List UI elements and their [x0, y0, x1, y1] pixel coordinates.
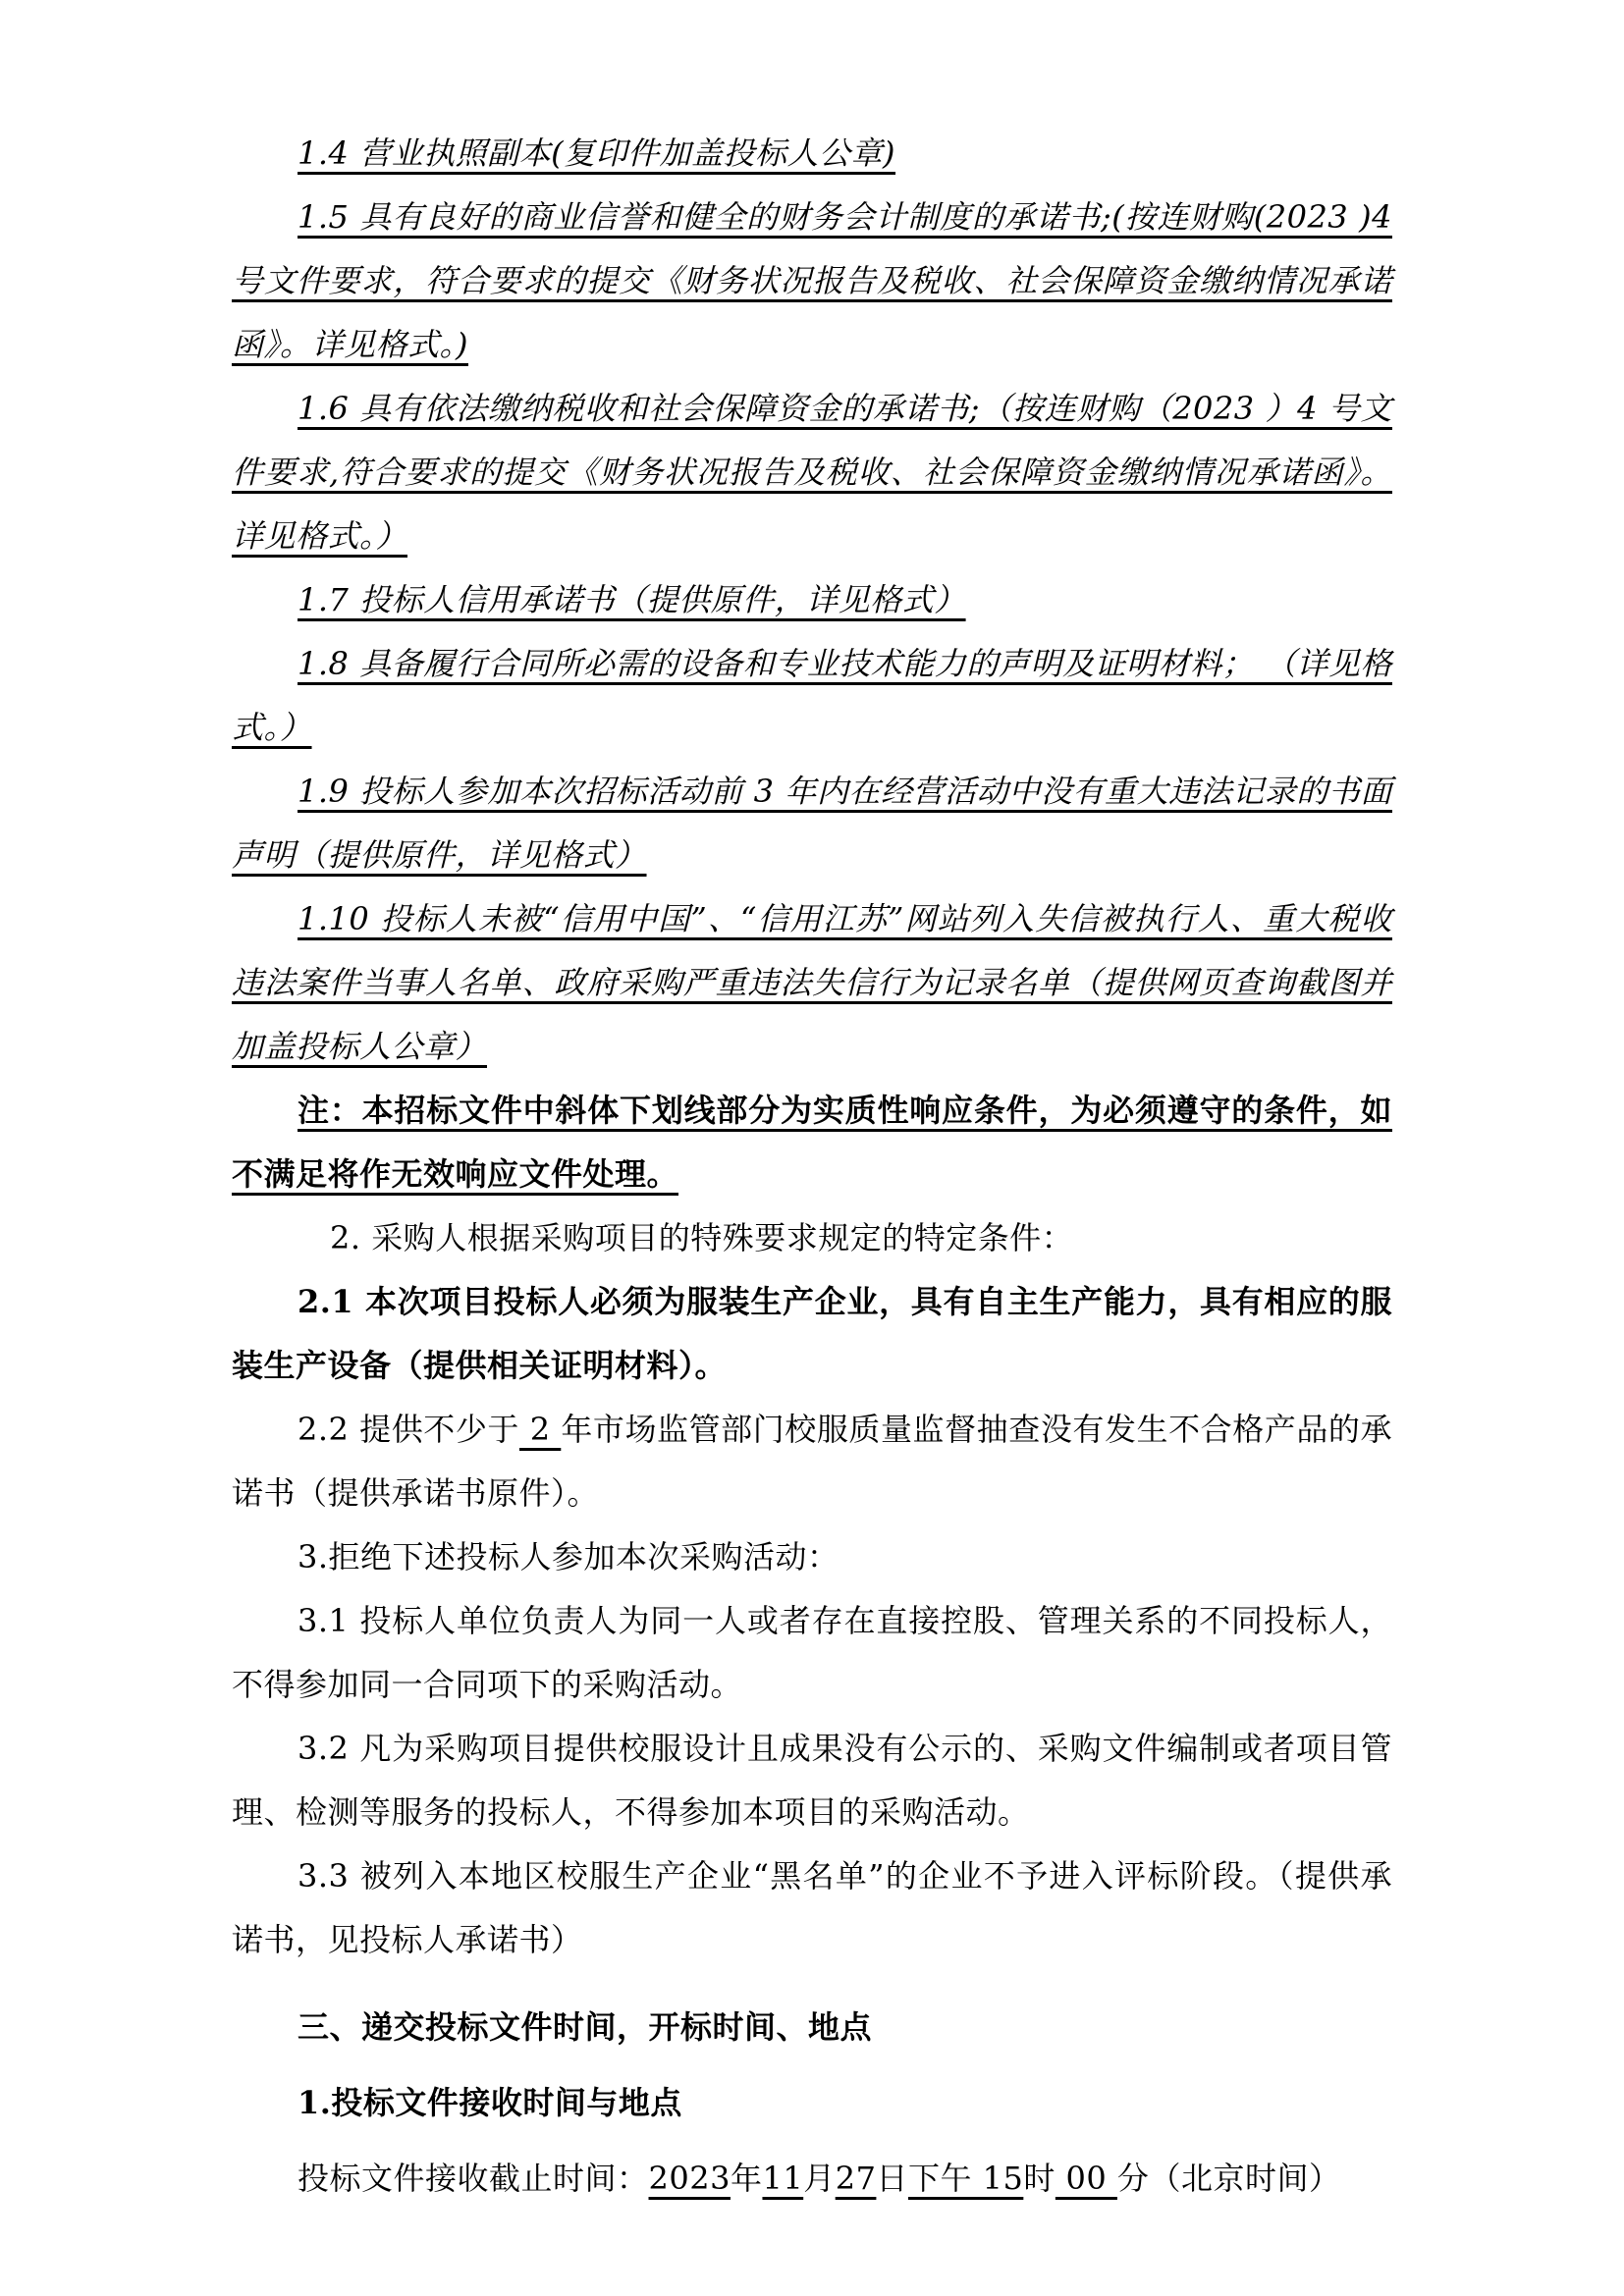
deadline-line: 投标文件接收截止时间：2023年11月27日下午 15时 00 分（北京时间） — [232, 2147, 1392, 2211]
requirement-1-10-text: 1.10 投标人未被“信用中国”、“信用江苏”网站列入失信被执行人、重大税收违法… — [232, 900, 1392, 1065]
deadline-day-unit: 日 — [876, 2160, 908, 2197]
requirement-1-8: 1.8 具备履行合同所必需的设备和专业技术能力的声明及证明材料； （详见格式。） — [232, 632, 1392, 760]
requirement-2-2-prefix: 2.2 提供不少于 — [298, 1411, 519, 1448]
deadline-minute: 00 — [1056, 2160, 1117, 2197]
deadline-year: 2023 — [649, 2160, 731, 2197]
deadline-hour-unit: 时 — [1023, 2160, 1056, 2197]
requirement-2-2: 2.2 提供不少于 2 年市场监管部门校服质量监督抽查没有发生不合格产品的承诺书… — [232, 1398, 1392, 1525]
requirement-1-4-text: 1.4 营业执照副本(复印件加盖投标人公章) — [298, 134, 895, 172]
requirement-1-9-text: 1.9 投标人参加本次招标活动前 3 年内在经营活动中没有重大违法记录的书面声明… — [232, 773, 1392, 874]
requirement-1-7: 1.7 投标人信用承诺书（提供原件，详见格式） — [232, 568, 1392, 632]
substantive-note: 注：本招标文件中斜体下划线部分为实质性响应条件，为必须遵守的条件，如不满足将作无… — [232, 1079, 1392, 1206]
requirement-1-5-text: 1.5 具有良好的商业信誉和健全的财务会计制度的承诺书;(按连财购(2023 )… — [232, 198, 1392, 363]
deadline-hour: 下午 15 — [908, 2160, 1023, 2197]
deadline-month: 11 — [762, 2160, 803, 2197]
requirement-3-1: 3.1 投标人单位负责人为同一人或者存在直接控股、管理关系的不同投标人，不得参加… — [232, 1589, 1392, 1717]
submission-subheading: 1.投标文件接收时间与地点 — [232, 2071, 1392, 2135]
requirement-3-3: 3.3 被列入本地区校服生产企业“黑名单”的企业不予进入评标阶段。（提供承诺书，… — [232, 1844, 1392, 1972]
deadline-day: 27 — [836, 2160, 877, 2197]
requirement-1-10: 1.10 投标人未被“信用中国”、“信用江苏”网站列入失信被执行人、重大税收违法… — [232, 887, 1392, 1079]
requirement-1-9: 1.9 投标人参加本次招标活动前 3 年内在经营活动中没有重大违法记录的书面声明… — [232, 760, 1392, 887]
deadline-minute-unit: 分 — [1117, 2160, 1150, 2197]
chapter-3-heading: 三、递交投标文件时间，开标时间、地点 — [232, 1996, 1392, 2059]
section-2-title: 2. 采购人根据采购项目的特殊要求规定的特定条件： — [232, 1206, 1392, 1270]
requirement-1-8-text: 1.8 具备履行合同所必需的设备和专业技术能力的声明及证明材料； （详见格式。） — [232, 645, 1392, 746]
requirement-1-6: 1.6 具有依法缴纳税收和社会保障资金的承诺书;（按连财购（2023 ）4 号文… — [232, 377, 1392, 568]
deadline-timezone: （北京时间） — [1149, 2160, 1340, 2197]
section-3-title: 3.拒绝下述投标人参加本次采购活动： — [232, 1525, 1392, 1589]
deadline-month-unit: 月 — [803, 2160, 836, 2197]
requirement-2-1: 2.1 本次项目投标人必须为服装生产企业，具有自主生产能力，具有相应的服装生产设… — [232, 1270, 1392, 1398]
requirement-1-5: 1.5 具有良好的商业信誉和健全的财务会计制度的承诺书;(按连财购(2023 )… — [232, 186, 1392, 377]
requirement-3-2: 3.2 凡为采购项目提供校服设计且成果没有公示的、采购文件编制或者项目管理、检测… — [232, 1717, 1392, 1844]
requirement-1-4: 1.4 营业执照副本(复印件加盖投标人公章) — [232, 122, 1392, 186]
deadline-label: 投标文件接收截止时间： — [298, 2160, 649, 2197]
substantive-note-text: 注：本招标文件中斜体下划线部分为实质性响应条件，为必须遵守的条件，如不满足将作无… — [232, 1092, 1392, 1193]
years-field: 2 — [519, 1411, 561, 1448]
document-page: 1.4 营业执照副本(复印件加盖投标人公章) 1.5 具有良好的商业信誉和健全的… — [232, 122, 1392, 2211]
deadline-year-unit: 年 — [731, 2160, 763, 2197]
requirement-1-6-text: 1.6 具有依法缴纳税收和社会保障资金的承诺书;（按连财购（2023 ）4 号文… — [232, 390, 1392, 555]
requirement-1-7-text: 1.7 投标人信用承诺书（提供原件，详见格式） — [298, 581, 966, 618]
